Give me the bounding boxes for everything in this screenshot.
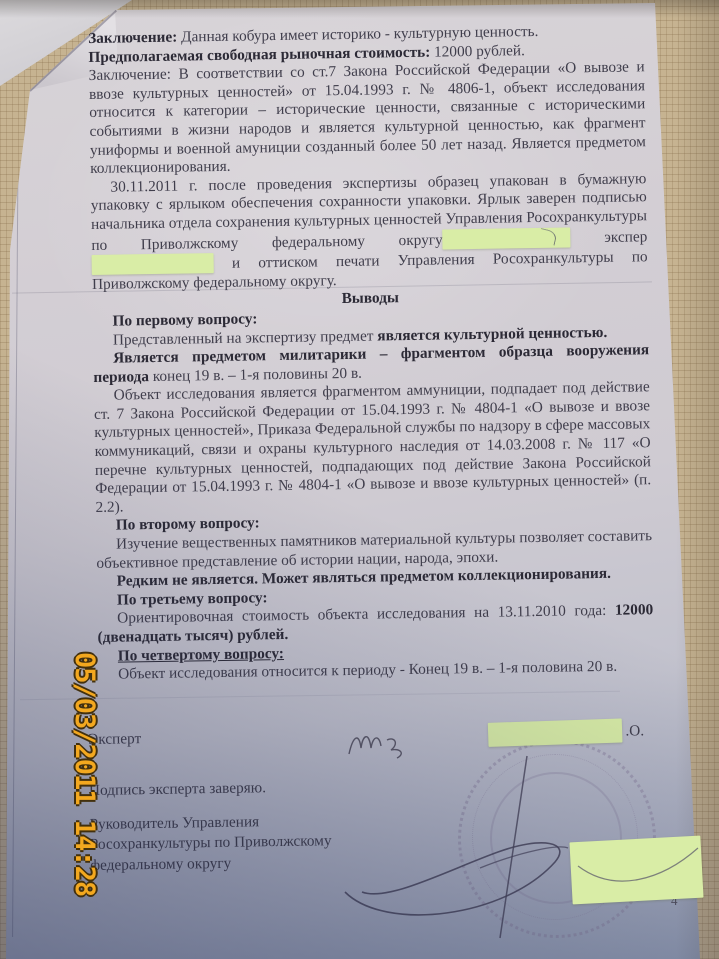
- bold-text: является культурной ценностью.: [377, 323, 607, 344]
- document-page: Заключение: Данная кобура имеет историко…: [0, 0, 719, 959]
- bold-text: По третьему вопросу:: [117, 589, 268, 608]
- bold-text: Выводы: [342, 289, 399, 307]
- camera-timestamp: 05/03/2011 14:28: [69, 652, 100, 896]
- paragraph: Заключение: В соответствии со ст.7 Закон…: [89, 58, 647, 178]
- pen-mark: [538, 228, 558, 245]
- horizontal-crease: [20, 691, 620, 700]
- document-text: Заключение: Данная кобура имеет историко…: [88, 21, 654, 684]
- expert-initials: .О.: [625, 722, 644, 741]
- redaction-sticker: [92, 253, 214, 275]
- bold-text: По второму вопросу:: [116, 515, 260, 534]
- signature-section: Эксперт .О. Подпись эксперта заверяю. Ру…: [88, 719, 646, 876]
- text: Объект исследования является фрагментом …: [94, 379, 651, 516]
- bold-text: По первому вопросу:: [112, 310, 257, 329]
- redaction-sticker: [488, 718, 623, 746]
- redaction-sticker: [443, 227, 571, 249]
- text: экспер: [571, 228, 648, 246]
- head-title-block: Руководитель Управления Росохранкультуры…: [89, 810, 370, 876]
- head-line: федеральному округу: [90, 851, 370, 876]
- expert-signature-row: Эксперт .О.: [88, 719, 644, 752]
- photo-canvas: Заключение: Данная кобура имеет историко…: [0, 0, 719, 959]
- text: конец 19 в. – 1-я половины 20 в.: [149, 364, 362, 384]
- text: Заключение: В соответствии со ст.7 Закон…: [89, 58, 646, 177]
- paragraph: Объект исследования является фрагментом …: [94, 379, 652, 518]
- bold-text: По четвертому вопросу:: [118, 645, 284, 665]
- text: Представленный на экспертизу предмет: [113, 327, 378, 348]
- head-line: Росохранкультуры по Приволжскому: [90, 831, 370, 856]
- redaction-sticker: [569, 836, 703, 905]
- attest-line: Подпись эксперта заверяю.: [89, 773, 645, 800]
- bold-text: Заключение:: [88, 29, 177, 47]
- paragraph: 30.11.2011 г. после проведения экспертиз…: [90, 170, 648, 294]
- text: 12000 рублей.: [430, 42, 525, 60]
